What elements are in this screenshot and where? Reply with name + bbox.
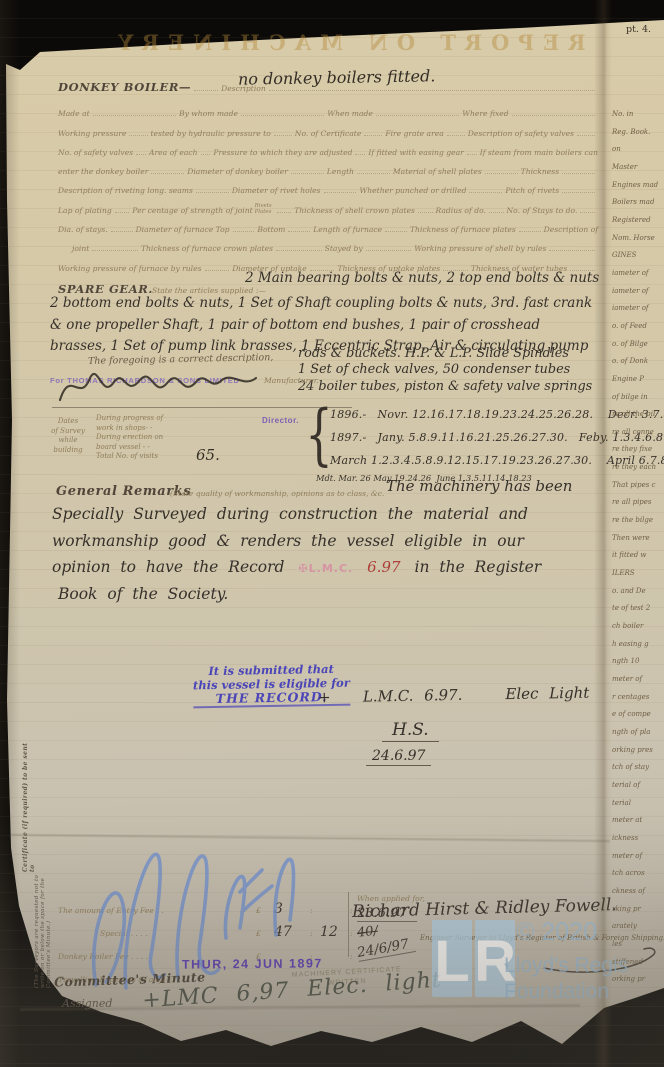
field-label: Pressure to which they are adjusted [213, 148, 352, 157]
field-label: Whether punched or drilled [359, 186, 466, 195]
remarks-handwriting: The machinery has been [386, 477, 572, 495]
field-label: Working pressure of furnace by rules [58, 264, 202, 273]
field-label: If steam from main boilers can [480, 148, 598, 157]
left-margin-note: (The Surveyors are requested not to writ… [34, 868, 52, 988]
field-blank [241, 109, 324, 116]
field-blank [418, 206, 433, 213]
page-corner-label: pt. 4. [626, 24, 651, 35]
donkey-description-handwriting: no donkey boilers fitted. [238, 66, 436, 88]
field-blank [324, 186, 357, 193]
field-label: Working pressure of shell by rules [414, 244, 546, 253]
next-page-fragments: No. in Reg. Book. on Master Engines mad … [612, 106, 664, 989]
manufacturer-label: Manufacturer. [264, 376, 319, 385]
field-blank [489, 206, 504, 213]
visits-count-handwriting: 65. [196, 446, 220, 464]
surveyor-initials: H.S. [382, 720, 439, 742]
remarks-handwriting: in the Register [414, 558, 541, 576]
field-label: Description of riveting long. seams [58, 186, 193, 195]
field-blank [291, 167, 324, 174]
field-label: Working pressure [58, 129, 126, 138]
field-label: When made [327, 109, 373, 118]
field-blank [366, 244, 412, 251]
field-label: Area of each [149, 148, 198, 157]
field-blank [92, 244, 138, 251]
field-label: enter the donkey boiler [58, 167, 148, 176]
field-blank [111, 225, 133, 232]
field-blank [519, 225, 541, 232]
donkey-boiler-heading: DONKEY BOILER— [58, 80, 191, 94]
watermark-text: Foundation [504, 980, 609, 1004]
field-label: Plates [255, 209, 272, 215]
field-label: If fitted with easing gear [368, 148, 463, 157]
remarks-handwriting: workmanship good & renders the vessel el… [52, 532, 524, 550]
field-blank [385, 225, 407, 232]
copyright-watermark: © 2020 [516, 918, 597, 947]
field-label: Bottom [257, 225, 285, 234]
field-blank [233, 225, 255, 232]
field-label: Thickness of furnace plates [410, 225, 516, 234]
field-label: Dia. of stays. [58, 225, 108, 234]
document-scan: REPORT ON MACHINERY pt. 4. DONKEY BOILER… [0, 0, 664, 1067]
assigned-label: Assigned [62, 997, 112, 1010]
logo-letter-l: L [432, 920, 472, 997]
field-label: Radius of do. [436, 206, 486, 215]
remarks-handwriting: opinion to have the Record ✠L.M.C. 6.97 … [52, 558, 541, 576]
field-label: No. of Stays to do. [507, 206, 578, 215]
field-blank [93, 109, 176, 116]
field-label: Diameter of furnace Top [136, 225, 230, 234]
lmc-stamp-text: L.M.C. [309, 562, 354, 575]
form-row: enter the donkey boiler Diameter of donk… [58, 157, 598, 176]
field-blank [549, 244, 595, 251]
field-blank [194, 84, 218, 91]
field-label: Thickness of shell crown plates [294, 206, 415, 215]
field-label: Description of [544, 225, 598, 234]
field-blank [577, 129, 595, 136]
field-blank [580, 206, 595, 213]
form-row: Lap of plating Per centage of strength o… [58, 195, 598, 214]
lmc-value-red-ink: 6.97 [367, 558, 400, 576]
field-label: Stayed by [325, 244, 363, 253]
field-blank [485, 167, 518, 174]
form-row: joint Thickness of furnace crown plates … [58, 234, 598, 253]
field-label: No. of safety valves [58, 148, 133, 157]
field-label: Per centage of strength of joint [132, 206, 252, 215]
donkey-boiler-fields: Made at By whom made When made Where fix… [58, 99, 598, 273]
survey-dates-group-label: Dates of Survey while building [42, 417, 94, 455]
field-blank [512, 109, 595, 116]
field-label: joint [72, 244, 89, 253]
field-blank [276, 244, 322, 251]
field-label: Material of shell plates [393, 167, 482, 176]
maltese-cross-icon: ✠ [298, 562, 308, 575]
form-row: Dia. of stays. Diameter of furnace Top B… [58, 215, 598, 234]
field-blank [447, 129, 465, 136]
spare-gear-handwriting: rods & buckets. H.P. & L.P. Slide Spindl… [298, 346, 592, 395]
form-row: Made at By whom made When made Where fix… [58, 99, 598, 118]
survey-dates-rows: During progress of work in shops- - Duri… [96, 414, 206, 462]
left-margin-note: Certificate (if required) to be sent to [22, 742, 36, 872]
field-blank [288, 225, 310, 232]
spare-gear-handwriting: 2 Main bearing bolts & nuts, 2 top end b… [245, 270, 599, 286]
field-label: Description of safety valves [468, 129, 574, 138]
form-row: Description of riveting long. seams Diam… [58, 176, 598, 195]
field-blank [469, 186, 502, 193]
field-blank [151, 167, 184, 174]
field-label: Length [327, 167, 354, 176]
field-blank [201, 148, 211, 155]
field-blank [355, 148, 365, 155]
field-blank [364, 129, 382, 136]
lr-foundation-logo: L R [432, 920, 515, 997]
field-blank [562, 167, 595, 174]
field-label: No. of Certificate [295, 129, 362, 138]
scratched-value: 40/ [356, 922, 391, 940]
field-label: Where fixed [462, 109, 508, 118]
manufacturer-signature-scrawl [52, 360, 262, 408]
form-row: Working pressure tested by hydraulic pre… [58, 118, 598, 137]
field-blank [277, 206, 292, 213]
field-label: Thickness of furnace crown plates [141, 244, 273, 253]
submission-date: 24.6.97 [366, 748, 431, 766]
rivets-plates-stack: Rivets Plates [255, 203, 272, 215]
remarks-handwriting: opinion to have the Record [52, 558, 284, 576]
field-blank [274, 129, 292, 136]
field-label: tested by hydraulic pressure to [151, 129, 271, 138]
field-label: Diameter of donkey boiler [187, 167, 288, 176]
field-blank [205, 264, 230, 271]
field-label: Thickness [521, 167, 559, 176]
remarks-handwriting: Specially Surveyed during construction t… [52, 505, 528, 523]
field-blank [467, 148, 477, 155]
field-blank [357, 167, 390, 174]
watermark-text: Lloyd's Regis [504, 954, 628, 978]
field-blank [562, 186, 595, 193]
director-stamp: Director. [262, 416, 299, 425]
field-label: Made at [58, 109, 90, 118]
field-blank [136, 148, 146, 155]
field-label: Fire grate area [385, 129, 443, 138]
field-blank [376, 109, 459, 116]
mirrored-title: REPORT ON MACHINERY [95, 30, 600, 55]
field-label: Length of furnace [313, 225, 382, 234]
field-label: Diameter of rivet holes [232, 186, 321, 195]
remarks-handwriting: Book of the Society. [58, 585, 228, 603]
field-label: By whom made [179, 109, 238, 118]
field-label: Lap of plating [58, 206, 112, 215]
brace-glyph: { [305, 396, 332, 473]
field-blank [196, 186, 229, 193]
lmc-record-stamp: ✠L.M.C. [298, 562, 353, 575]
field-blank [115, 206, 130, 213]
field-blank [129, 129, 147, 136]
general-remarks-instruction: (State quality of workmanship, opinions … [170, 489, 384, 498]
field-label: Pitch of rivets [505, 186, 559, 195]
form-row: No. of safety valves Area of each Pressu… [58, 138, 598, 157]
